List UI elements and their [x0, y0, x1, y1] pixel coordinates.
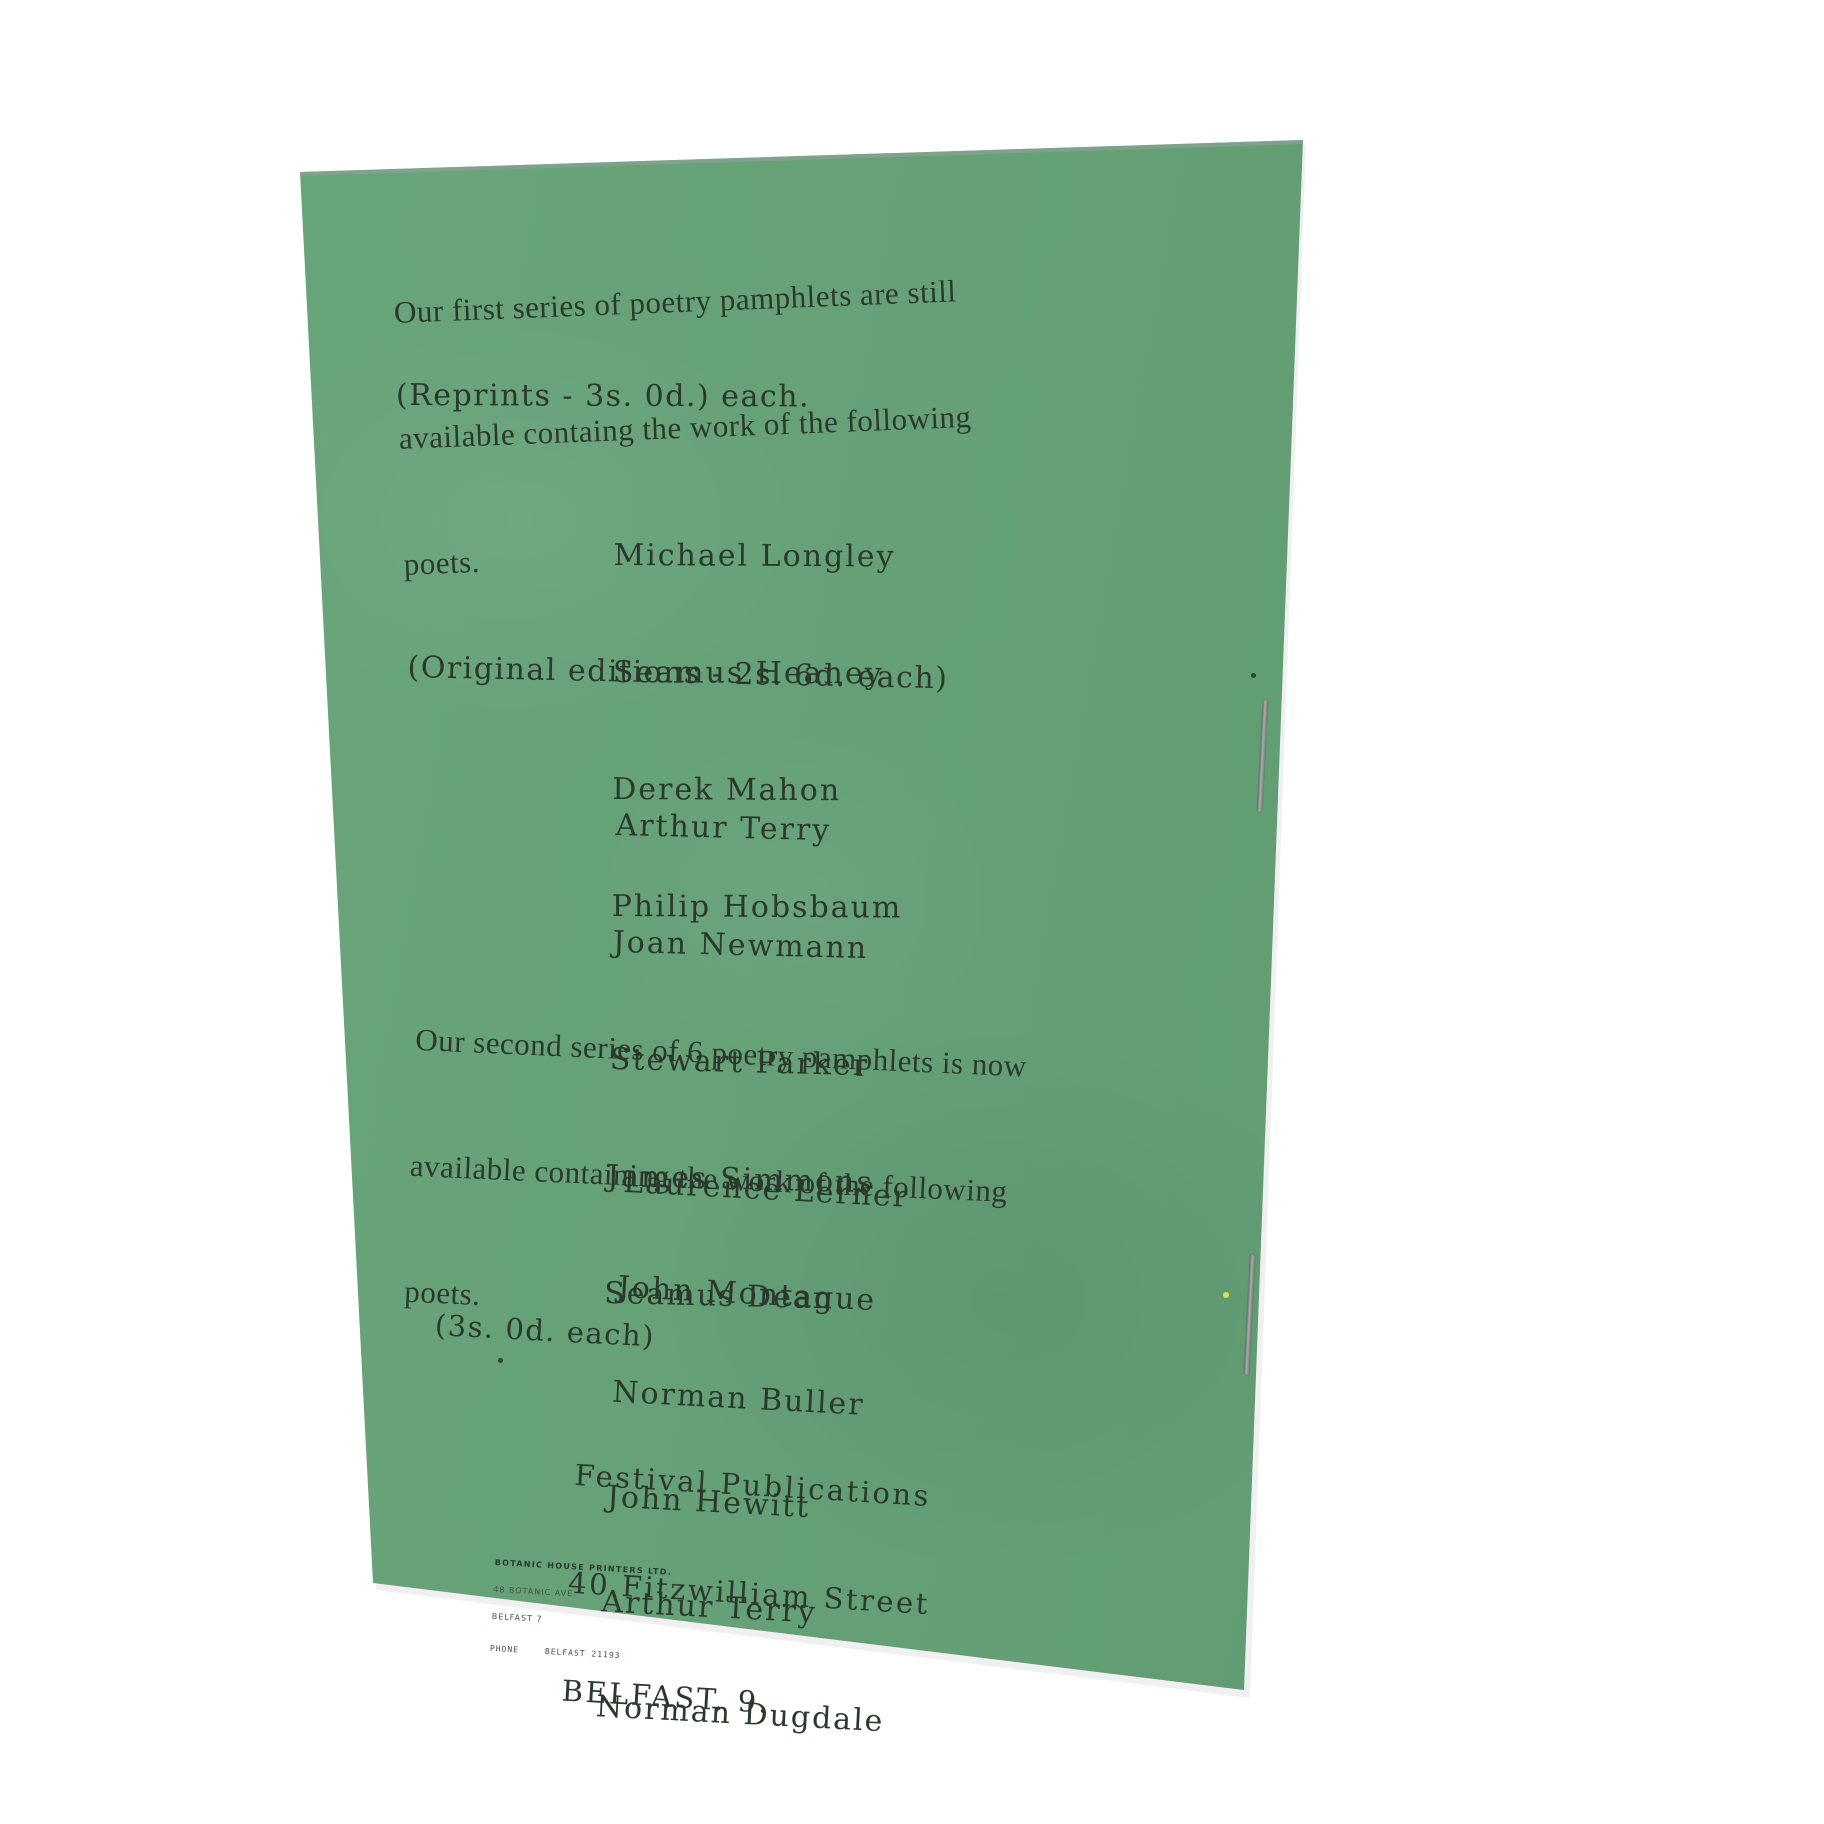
printer-phone: PHONEBELFAST 21193: [490, 1644, 668, 1663]
poet-name: Arthur Terry: [615, 806, 883, 852]
poet-name: Michael Longley: [613, 536, 904, 577]
reprints-price: (Reprints - 3s. 0d.) each.: [396, 376, 810, 416]
paper-speck: [1223, 1292, 1229, 1298]
publisher-name: Festival Publications: [574, 1457, 938, 1514]
publisher-city: BELFAST. 9.: [561, 1672, 925, 1729]
phone-label: PHONE: [490, 1644, 520, 1655]
text-line: Our second series of 6 poetry pamphlets …: [415, 1019, 1028, 1088]
poet-name: John Montague: [617, 1270, 907, 1320]
printer-name: BOTANIC HOUSE PRINTERS LTD.: [494, 1558, 672, 1577]
text-line: Our first series of poetry pamphlets are…: [393, 270, 967, 334]
printer-address: 48 BOTANIC AVE.: [493, 1585, 671, 1604]
printer-imprint: BOTANIC HOUSE PRINTERS LTD. 48 BOTANIC A…: [489, 1540, 674, 1681]
paper-speck: [1251, 673, 1256, 678]
printer-city: BELFAST 7: [491, 1612, 669, 1631]
poet-name: Laurence Lerner: [623, 1165, 913, 1215]
phone-number: BELFAST 21193: [545, 1647, 621, 1660]
photo-stage: Our first series of poetry pamphlets are…: [0, 0, 1824, 1824]
